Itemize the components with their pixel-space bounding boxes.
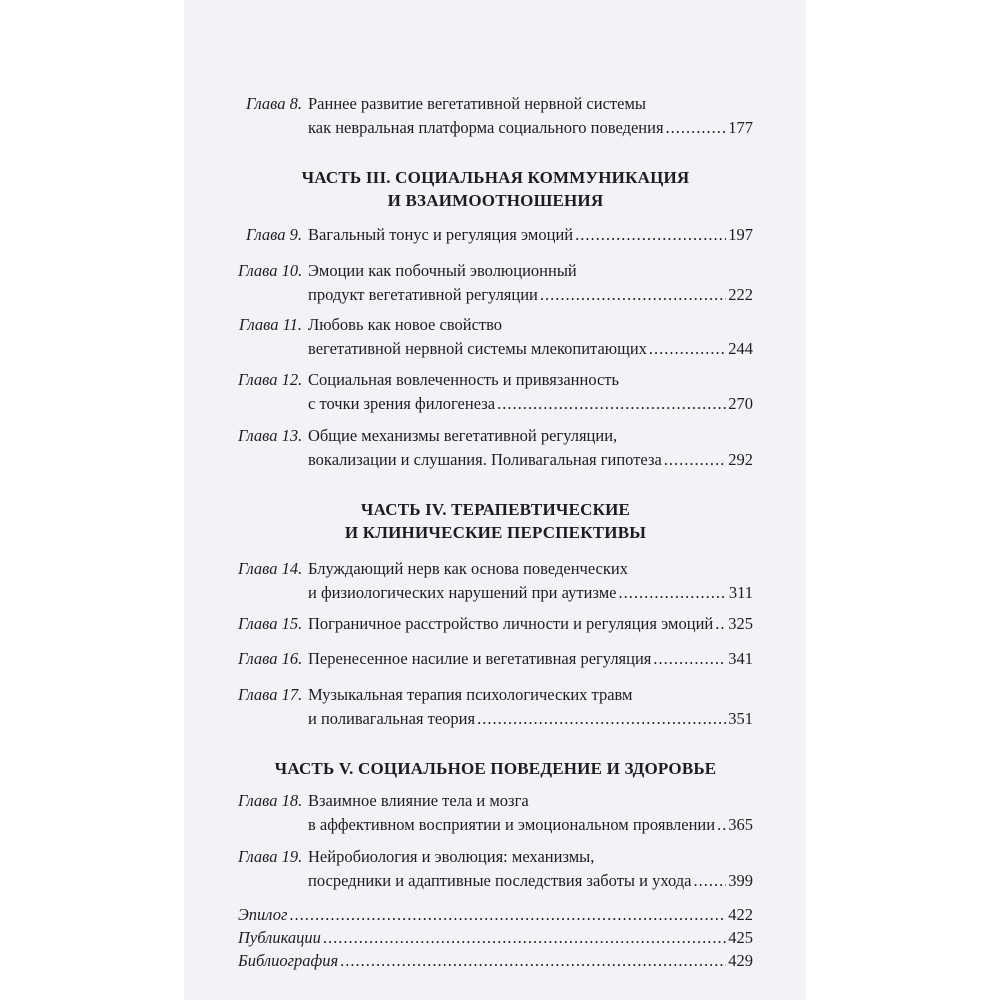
chapter-title: и физиологических нарушений при аутизме	[308, 581, 616, 605]
toc-line: Глава 15.Пограничное расстройство личнос…	[238, 612, 753, 636]
toc-entry[interactable]: Глава 19.Нейробиология и эволюция: механ…	[238, 845, 753, 893]
leader-dots	[717, 813, 726, 837]
chapter-title: Взаимное влияние тела и мозга	[308, 789, 529, 813]
chapter-title: посредники и адаптивные последствия забо…	[308, 869, 691, 893]
chapter-title: Эмоции как побочный эволюционный	[308, 259, 577, 283]
chapter-label: Глава 16.	[238, 647, 308, 671]
chapter-title: как невральная платформа социального пов…	[308, 116, 664, 140]
toc-line: Глава 17.Музыкальная терапия психологиче…	[238, 683, 753, 707]
chapter-title: Раннее развитие вегетативной нервной сис…	[308, 92, 646, 116]
toc-entry[interactable]: Глава 12.Социальная вовлеченность и прив…	[238, 368, 753, 416]
page-number: 341	[728, 647, 753, 671]
chapter-title: в аффективном восприятии и эмоциональном…	[308, 813, 715, 837]
toc-entry[interactable]: Глава 15.Пограничное расстройство личнос…	[238, 612, 753, 636]
toc-line: с точки зрения филогенеза270	[238, 392, 753, 416]
toc-entry[interactable]: Глава 18.Взаимное влияние тела и мозгав …	[238, 789, 753, 837]
page-number: 311	[729, 581, 753, 605]
toc-entry-back-matter[interactable]: Библиография429	[238, 950, 753, 972]
chapter-title: продукт вегетативной регуляции	[308, 283, 538, 307]
toc-line: Эпилог422	[238, 904, 753, 926]
part-heading: ЧАСТЬ IV. ТЕРАПЕВТИЧЕСКИЕИ КЛИНИЧЕСКИЕ П…	[238, 498, 753, 544]
toc-line: и поливагальная теория351	[238, 707, 753, 731]
chapter-label: Глава 11.	[238, 313, 308, 337]
toc-entry-back-matter[interactable]: Публикации425	[238, 927, 753, 949]
page-number: 429	[728, 950, 753, 972]
toc-line: Глава 12.Социальная вовлеченность и прив…	[238, 368, 753, 392]
chapter-title: Социальная вовлеченность и привязанность	[308, 368, 619, 392]
leader-dots	[540, 283, 726, 307]
chapter-title: Вагальный тонус и регуляция эмоций	[308, 223, 573, 247]
page-number: 351	[728, 707, 753, 731]
back-matter-label: Эпилог	[238, 904, 287, 926]
chapter-title: Общие механизмы вегетативной регуляции,	[308, 424, 617, 448]
toc-line: в аффективном восприятии и эмоциональном…	[238, 813, 753, 837]
leader-dots	[497, 392, 726, 416]
leader-dots	[715, 612, 726, 636]
page-number: 292	[728, 448, 753, 472]
chapter-title: Любовь как новое свойство	[308, 313, 502, 337]
leader-dots	[666, 116, 727, 140]
toc-line: Глава 19.Нейробиология и эволюция: механ…	[238, 845, 753, 869]
toc-line: Глава 13.Общие механизмы вегетативной ре…	[238, 424, 753, 448]
leader-dots	[649, 337, 726, 361]
chapter-label: Глава 14.	[238, 557, 308, 581]
toc-entry[interactable]: Глава 10.Эмоции как побочный эволюционны…	[238, 259, 753, 307]
toc-line: посредники и адаптивные последствия забо…	[238, 869, 753, 893]
toc-entry[interactable]: Глава 17.Музыкальная терапия психологиче…	[238, 683, 753, 731]
chapter-label: Глава 17.	[238, 683, 308, 707]
toc-line: Глава 18.Взаимное влияние тела и мозга	[238, 789, 753, 813]
chapter-title: Блуждающий нерв как основа поведенческих	[308, 557, 628, 581]
toc-line: Глава 14.Блуждающий нерв как основа пове…	[238, 557, 753, 581]
page-number: 365	[728, 813, 753, 837]
part-heading-line: И КЛИНИЧЕСКИЕ ПЕРСПЕКТИВЫ	[238, 521, 753, 544]
back-matter-label: Библиография	[238, 950, 338, 972]
toc-entry-back-matter[interactable]: Эпилог422	[238, 904, 753, 926]
chapter-label: Глава 18.	[238, 789, 308, 813]
toc-line: вегетативной нервной системы млекопитающ…	[238, 337, 753, 361]
chapter-title: с точки зрения филогенеза	[308, 392, 495, 416]
chapter-label: Глава 19.	[238, 845, 308, 869]
leader-dots	[653, 647, 726, 671]
toc-line: Публикации425	[238, 927, 753, 949]
part-heading: ЧАСТЬ III. СОЦИАЛЬНАЯ КОММУНИКАЦИЯИ ВЗАИ…	[238, 166, 753, 212]
chapter-label: Глава 12.	[238, 368, 308, 392]
leader-dots	[575, 223, 726, 247]
leader-dots	[664, 448, 726, 472]
toc-line: как невральная платформа социального пов…	[238, 116, 753, 140]
page-number: 425	[728, 927, 753, 949]
part-heading: ЧАСТЬ V. СОЦИАЛЬНОЕ ПОВЕДЕНИЕ И ЗДОРОВЬЕ	[238, 757, 753, 780]
page-number: 422	[728, 904, 753, 926]
chapter-title: Перенесенное насилие и вегетативная регу…	[308, 647, 651, 671]
toc-entry[interactable]: Глава 11.Любовь как новое свойствовегета…	[238, 313, 753, 361]
chapter-label: Глава 15.	[238, 612, 308, 636]
back-matter-label: Публикации	[238, 927, 321, 949]
leader-dots	[340, 950, 726, 972]
leader-dots	[289, 904, 726, 926]
page-number: 244	[728, 337, 753, 361]
leader-dots	[477, 707, 726, 731]
page-number: 197	[728, 223, 753, 247]
chapter-title: Музыкальная терапия психологических трав…	[308, 683, 632, 707]
toc-line: Глава 11.Любовь как новое свойство	[238, 313, 753, 337]
toc-entry[interactable]: Глава 13.Общие механизмы вегетативной ре…	[238, 424, 753, 472]
leader-dots	[323, 927, 726, 949]
part-heading-line: ЧАСТЬ IV. ТЕРАПЕВТИЧЕСКИЕ	[238, 498, 753, 521]
toc-entry[interactable]: Глава 8.Раннее развитие вегетативной нер…	[238, 92, 753, 140]
toc-line: Глава 10.Эмоции как побочный эволюционны…	[238, 259, 753, 283]
part-heading-line: И ВЗАИМООТНОШЕНИЯ	[238, 189, 753, 212]
chapter-title: вокализации и слушания. Поливагальная ги…	[308, 448, 662, 472]
toc-line: Глава 9.Вагальный тонус и регуляция эмоц…	[238, 223, 753, 247]
toc-line: продукт вегетативной регуляции222	[238, 283, 753, 307]
page-number: 270	[728, 392, 753, 416]
page-number: 222	[728, 283, 753, 307]
part-heading-line: ЧАСТЬ III. СОЦИАЛЬНАЯ КОММУНИКАЦИЯ	[238, 166, 753, 189]
toc-line: Глава 8.Раннее развитие вегетативной нер…	[238, 92, 753, 116]
toc-entry[interactable]: Глава 16.Перенесенное насилие и вегетати…	[238, 647, 753, 671]
chapter-title: и поливагальная теория	[308, 707, 475, 731]
chapter-label: Глава 10.	[238, 259, 308, 283]
toc-line: вокализации и слушания. Поливагальная ги…	[238, 448, 753, 472]
toc-line: Библиография429	[238, 950, 753, 972]
toc-entry[interactable]: Глава 9.Вагальный тонус и регуляция эмоц…	[238, 223, 753, 247]
chapter-label: Глава 9.	[238, 223, 308, 247]
leader-dots	[693, 869, 726, 893]
part-heading-line: ЧАСТЬ V. СОЦИАЛЬНОЕ ПОВЕДЕНИЕ И ЗДОРОВЬЕ	[238, 757, 753, 780]
toc-entry[interactable]: Глава 14.Блуждающий нерв как основа пове…	[238, 557, 753, 605]
chapter-title: вегетативной нервной системы млекопитающ…	[308, 337, 647, 361]
leader-dots	[618, 581, 726, 605]
page-number: 325	[728, 612, 753, 636]
chapter-title: Нейробиология и эволюция: механизмы,	[308, 845, 594, 869]
chapter-title: Пограничное расстройство личности и регу…	[308, 612, 713, 636]
page-number: 399	[728, 869, 753, 893]
chapter-label: Глава 8.	[238, 92, 308, 116]
chapter-label: Глава 13.	[238, 424, 308, 448]
toc-line: и физиологических нарушений при аутизме3…	[238, 581, 753, 605]
toc-line: Глава 16.Перенесенное насилие и вегетати…	[238, 647, 753, 671]
page-number: 177	[728, 116, 753, 140]
